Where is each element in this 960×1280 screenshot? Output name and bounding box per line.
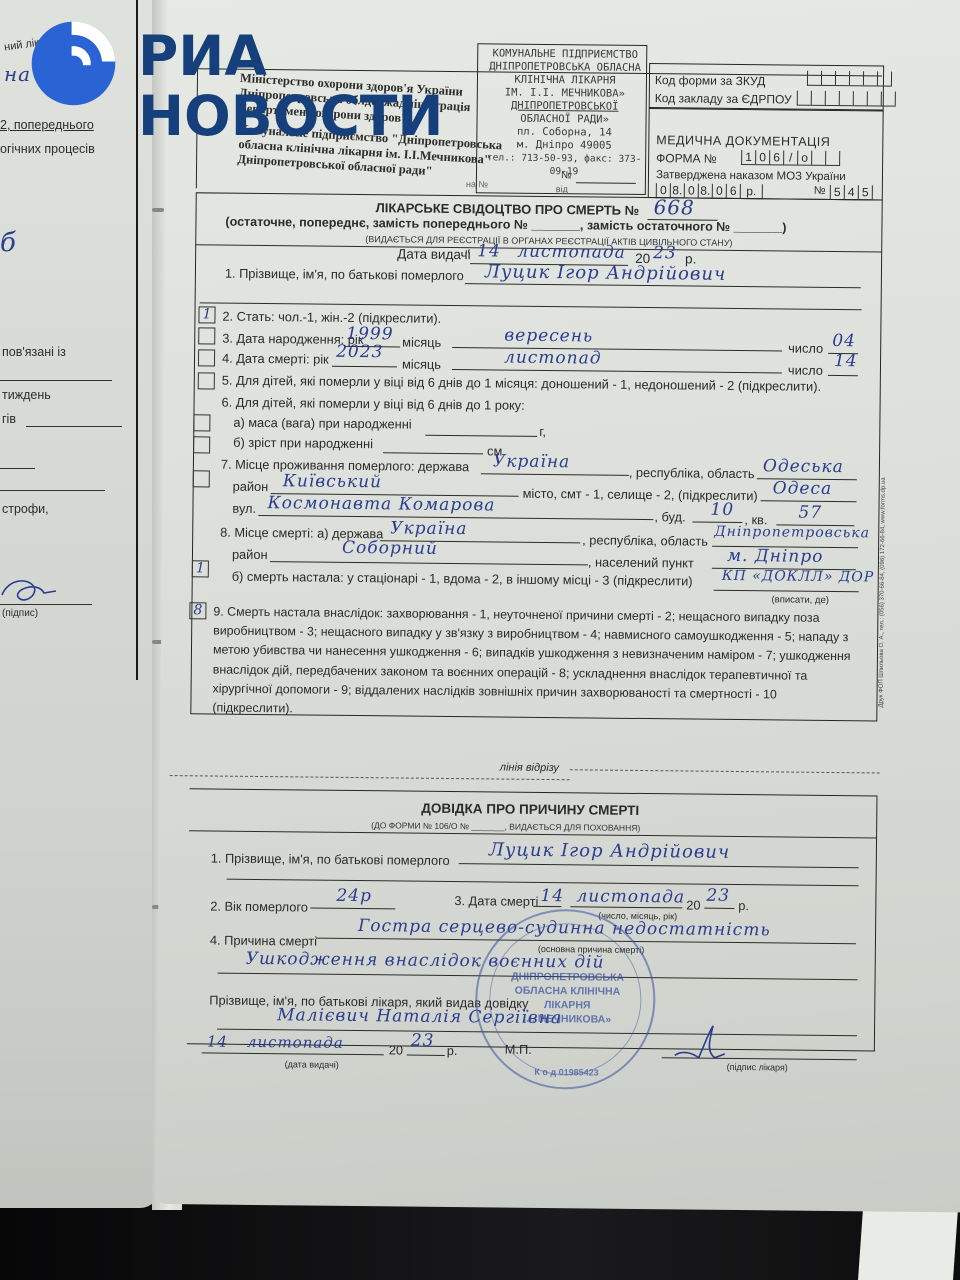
item5-code-box[interactable] (198, 372, 215, 389)
residence-oblast[interactable]: Одеська (763, 456, 844, 477)
cut-line (570, 769, 880, 773)
cell: о (798, 151, 812, 165)
left-handwriting: б (0, 228, 17, 258)
left-fragment: огічних процесів (0, 142, 95, 156)
district-label: район (233, 479, 269, 494)
residence-city[interactable]: Одеса (773, 478, 833, 499)
birth-day[interactable]: 04 (832, 331, 856, 351)
street-label: вул. (232, 501, 256, 516)
form-number-cells: 106/о (741, 150, 840, 166)
issue-month[interactable]: листопада (517, 242, 626, 263)
seal-line: ЛІКАРНЯ (497, 999, 637, 1012)
birth-month[interactable]: вересень (504, 326, 593, 347)
left-fragment: тиждень (2, 388, 51, 402)
res-oblast-label: , республіка, область (629, 465, 755, 481)
left-signature-hint: (підпис) (2, 608, 38, 619)
death-oblast-label: , республіка, область (582, 532, 708, 548)
settlement-label: , населений пункт (588, 554, 694, 570)
zkud-label: Код форми за ЗКУД (655, 73, 765, 88)
left-line (0, 490, 105, 491)
cell: 0 (756, 150, 770, 164)
round-seal: ДНІПРОПЕТРОВСЬКА ОБЛАСНА КЛІНІЧНА ЛІКАРН… (474, 908, 656, 1090)
item6-label: 6. Для дітей, які померли у віці від 6 д… (222, 395, 525, 413)
death-country[interactable]: Україна (390, 518, 467, 539)
birth-day-label: число (788, 341, 823, 356)
cell: 6 (770, 150, 784, 164)
approved-label: Затверджена наказом МОЗ України (656, 169, 846, 183)
photo-scene: ний лікува на 2, попереднього огічних пр… (0, 0, 960, 1280)
burial-issue-year-label: р. (447, 1043, 458, 1058)
edrpou-cells (797, 91, 896, 107)
death-day[interactable]: 14 (834, 351, 858, 371)
age-value[interactable]: 24р (336, 886, 372, 906)
cell (826, 151, 840, 165)
name-label: 1. Прізвище, ім'я, по батькові померлого (225, 266, 464, 284)
death-month[interactable]: листопад (504, 348, 602, 369)
left-line (0, 604, 92, 605)
item6a-unit: г, (539, 424, 546, 439)
issue-date-label: Дата видачі (397, 246, 471, 262)
left-line (0, 468, 35, 469)
burial-year-label: р. (738, 898, 749, 913)
death-date-code-box[interactable] (198, 349, 215, 366)
cell: 0 (713, 184, 727, 198)
item6a-code-box[interactable] (193, 414, 210, 431)
item6b-label: б) зріст при народженні (233, 435, 373, 451)
order-no-label: № (814, 185, 826, 197)
death-label: 4. Дата смерті: рік (222, 351, 329, 367)
stamp-vid-label: від (556, 184, 568, 194)
cell: р. (741, 184, 763, 198)
cause-label: 4. Причина смерті (210, 932, 317, 948)
cell (812, 151, 826, 165)
certificate-title: ЛІКАРСЬКЕ СВІДОЦТВО ПРО СМЕРТЬ № (376, 200, 640, 218)
death-district[interactable]: Соборний (342, 538, 438, 559)
burial-issue-day[interactable]: 14 (207, 1032, 228, 1050)
item7-code-box[interactable] (193, 470, 210, 487)
item9-code-box[interactable]: 8 (189, 602, 206, 619)
edrpou-label: Код закладу за ЄДРПОУ (655, 91, 792, 106)
cell: 6 (727, 184, 741, 198)
burial-name-label: 1. Прізвище, ім'я, по батькові померлого (211, 850, 450, 868)
cut-line-label: лінія відрізу (500, 762, 559, 775)
item6a-label: а) маса (вага) при народженні (233, 415, 411, 432)
seal-line: І.І. МЕЧНИКОВА» (497, 1013, 637, 1026)
death-certificate-page: Міністерство охорони здоров'я України Дн… (155, 0, 960, 1213)
burial-issue-month[interactable]: листопада (247, 1033, 344, 1052)
form-label: ФОРМА № (656, 151, 717, 166)
na-no-label: на № (466, 179, 488, 189)
item6b-code-box[interactable] (193, 436, 210, 453)
deceased-name[interactable]: Луцик Ігор Андрійович (485, 261, 726, 285)
death-settlement[interactable]: м. Дніпро (727, 546, 824, 567)
cell: 1 (742, 150, 756, 164)
sex-label: 2. Стать: чол.-1, жін.-2 (підкреслити). (222, 309, 441, 326)
residence-apt[interactable]: 57 (798, 503, 822, 523)
sex-code-box[interactable]: 1 (198, 306, 215, 323)
cell: 5 (831, 185, 845, 199)
cell: / (784, 150, 798, 164)
signature-hint: (підпис лікаря) (727, 1062, 788, 1073)
cell: 5 (859, 185, 873, 199)
burial-death-date-label: 3. Дата смерті (454, 893, 538, 909)
cell: 4 (845, 185, 859, 199)
burial-year-prefix: 20 (686, 897, 700, 912)
item8b-code-box[interactable]: 1 (192, 560, 209, 577)
cut-line (170, 775, 570, 780)
age-label: 2. Вік померлого (210, 898, 308, 914)
residence-district[interactable]: Київський (283, 471, 382, 492)
burial-deceased-name[interactable]: Луцик Ігор Андрійович (489, 839, 730, 863)
burial-death-month[interactable]: листопада (576, 886, 685, 907)
left-fragment: 2, попереднього (0, 118, 94, 132)
ria-globe-icon (26, 14, 121, 109)
burial-issue-year-line (407, 1055, 445, 1056)
ria-novosti-watermark: РИА НОВОСТИ (0, 0, 560, 120)
zkud-cells (807, 71, 892, 87)
item9-text: 9. Смерть настала внаслідок: захворюванн… (212, 603, 853, 725)
left-fragment: строфи, (2, 502, 49, 516)
seal-line: ОБЛАСНА КЛІНІЧНА (497, 985, 637, 998)
death-year[interactable]: 2023 (336, 342, 383, 362)
death-oblast[interactable]: Дніпропетровська (714, 524, 870, 542)
cell: 8. (699, 184, 713, 198)
issue-day[interactable]: 14 (477, 241, 501, 261)
birth-month-label: місяць (402, 334, 441, 349)
seal-code: К о д 01985423 (517, 1067, 617, 1078)
burial-issue-year-prefix: 20 (389, 1042, 403, 1057)
left-fragment: гів (2, 412, 16, 426)
residence-country[interactable]: Україна (493, 451, 570, 472)
left-page: ний лікува на 2, попереднього огічних пр… (0, 0, 160, 1208)
burial-death-year[interactable]: 23 (706, 886, 730, 906)
quote-mark: " (465, 247, 470, 262)
issue-year[interactable]: 23 (653, 243, 677, 263)
left-line (26, 426, 122, 427)
birth-code-box[interactable] (198, 327, 215, 344)
issue-date-hint: (дата видачі) (285, 1059, 339, 1070)
death-month-label: місяць (402, 356, 441, 371)
seal-line: ДНІПРОПЕТРОВСЬКА (498, 971, 638, 984)
residence-building[interactable]: 10 (710, 500, 734, 520)
left-fragment: пов'язані із (2, 345, 66, 359)
med-doc-label: МЕДИЧНА ДОКУМЕНТАЦІЯ (656, 133, 830, 149)
burial-issue-date-line (202, 1052, 384, 1055)
residence-street[interactable]: Космонавта Комарова (267, 493, 495, 515)
burial-title: ДОВІДКА ПРО ПРИЧИНУ СМЕРТІ (421, 801, 639, 818)
building-label: , буд. (654, 509, 685, 524)
certificate-number[interactable]: 668 (654, 195, 695, 219)
left-line (0, 380, 112, 381)
write-where-note: (вписати, де) (771, 594, 829, 606)
death-place-detail[interactable]: КП «ДОКЛЛ» ДОР (722, 568, 875, 586)
burial-death-day[interactable]: 14 (540, 886, 564, 906)
ria-brand-text: РИА НОВОСТИ (138, 26, 560, 146)
death-day-label: число (788, 363, 823, 378)
stamp-no-label: № (561, 170, 572, 181)
death-district-label: район (232, 547, 268, 562)
burial-issue-year[interactable]: 23 (411, 1031, 435, 1051)
staple (152, 208, 164, 212)
